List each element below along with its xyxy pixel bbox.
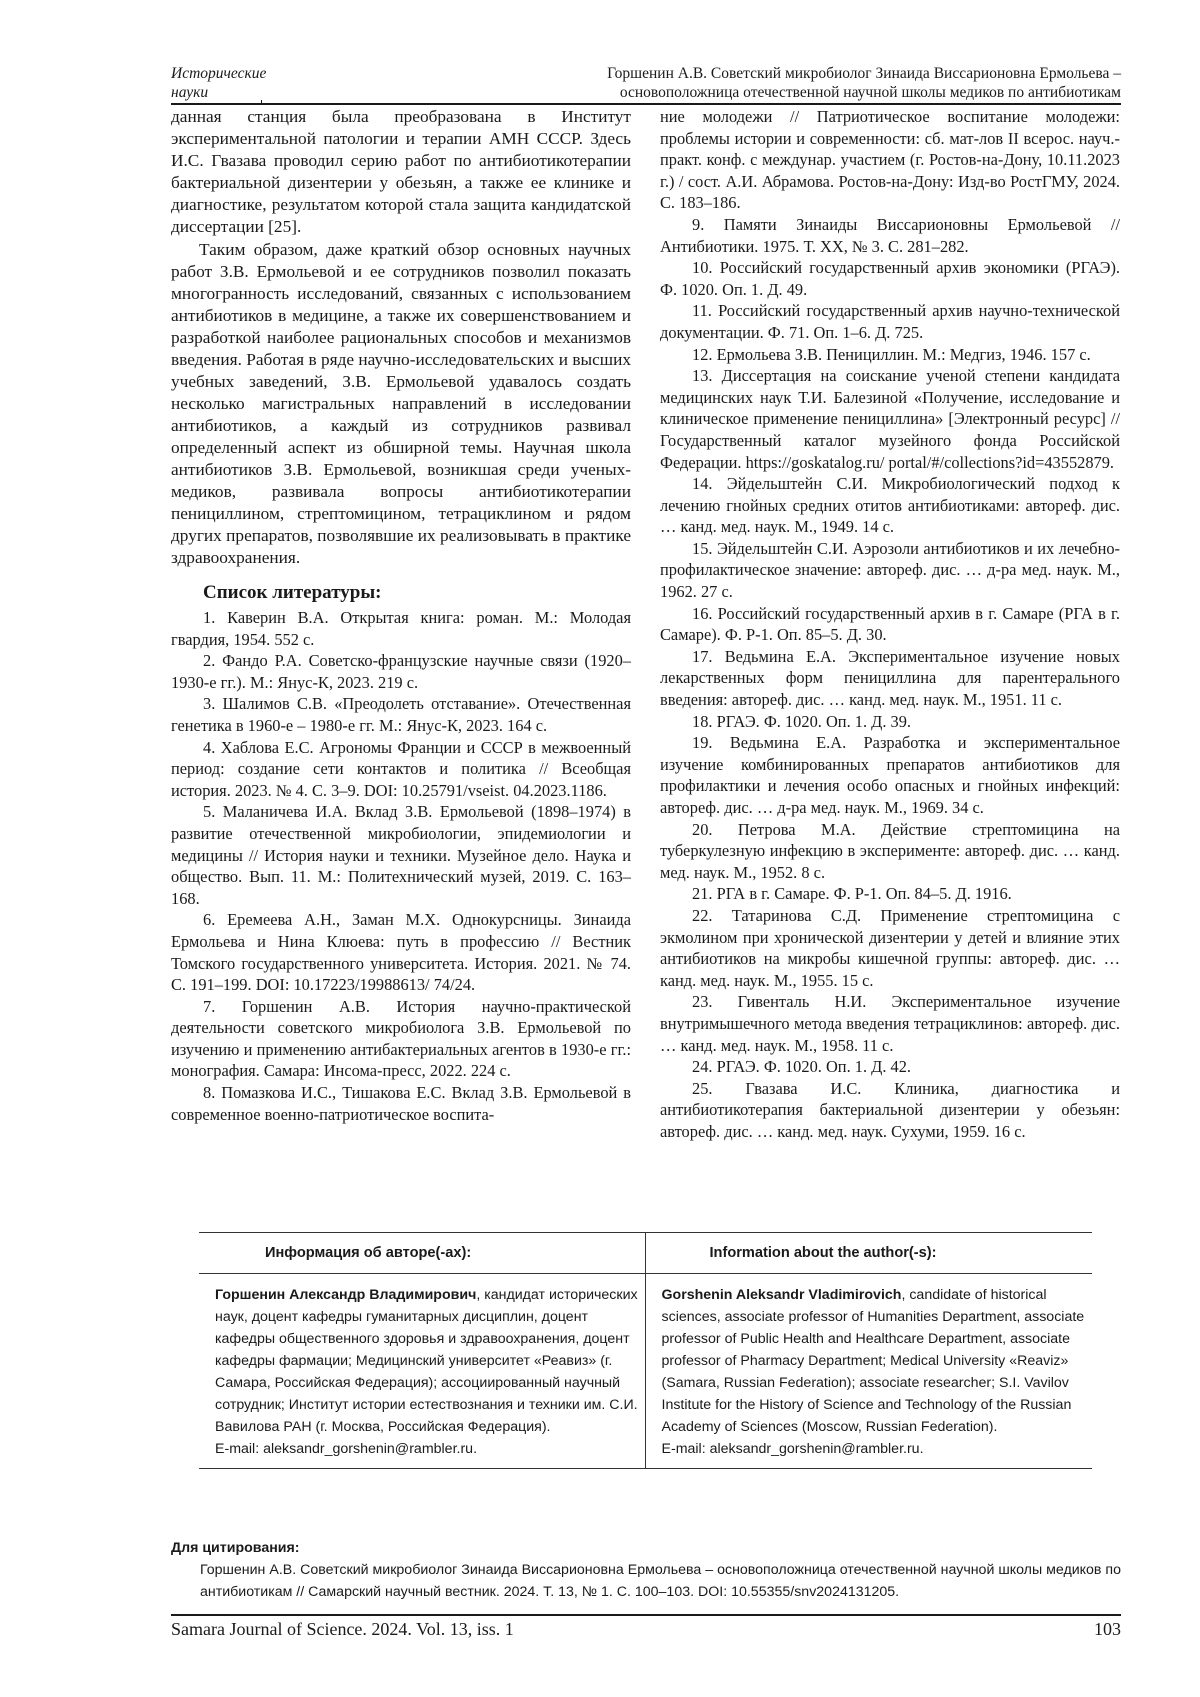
reference-item: 9. Памяти Зинаиды Виссарионовны Ермольев… [660,214,1120,257]
author-info-body-row: Горшенин Александр Владимирович, кандида… [199,1274,1092,1468]
footer-rule [171,1614,1121,1616]
right-column: ние молодежи // Патриотическое воспитани… [660,106,1120,1143]
author-info-header-row: Информация об авторе(-ах): Information a… [199,1233,1092,1274]
reference-item: 19. Ведьмина Е.А. Разработка и экспериме… [660,732,1120,818]
reference-item: 8. Помазкова И.С., Тишакова Е.С. Вклад З… [171,1082,631,1125]
reference-item-continued: ние молодежи // Патриотическое воспитани… [660,106,1120,214]
reference-item: 7. Горшенин А.В. История научно-практиче… [171,996,631,1082]
reference-item: 1. Каверин В.А. Открытая книга: роман. М… [171,607,631,650]
author-email-en[interactable]: E-mail: aleksandr_gorshenin@rambler.ru. [662,1438,1093,1460]
reference-item: 20. Петрова М.А. Действие стрептомицина … [660,819,1120,884]
section-label-line2: науки [171,83,266,102]
author-info-table: Информация об авторе(-ах): Information a… [199,1232,1092,1469]
citation-heading: Для цитирования: [171,1537,1121,1559]
author-info-en: Gorshenin Aleksandr Vladimirovich, candi… [646,1274,1093,1468]
reference-item: 15. Эйдельштейн С.И. Аэрозоли антибиотик… [660,538,1120,603]
reference-item: 10. Российский государственный архив эко… [660,257,1120,300]
reference-item: 3. Шалимов С.В. «Преодолеть отставание».… [171,693,631,736]
left-column: данная станция была преобразована в Инст… [171,106,631,1125]
page-number: 103 [1094,1619,1121,1640]
reference-item: 4. Хаблова Е.С. Агрономы Франции и СССР … [171,737,631,802]
citation-block: Для цитирования: Горшенин А.В. Советский… [171,1537,1121,1603]
running-header: Исторические науки Горшенин А.В. Советск… [171,64,1121,104]
body-paragraph: Таким образом, даже краткий обзор основн… [171,239,631,569]
citation-text: Горшенин А.В. Советский микробиолог Зина… [171,1559,1121,1603]
reference-item: 11. Российский государственный архив нау… [660,300,1120,343]
reference-item: 18. РГАЭ. Ф. 1020. Оп. 1. Д. 39. [660,711,1120,733]
author-info-heading-en: Information about the author(-s): [646,1233,1093,1273]
references-heading: Список литературы: [203,581,631,605]
reference-item: 21. РГА в г. Самаре. Ф. Р-1. Оп. 84–5. Д… [660,883,1120,905]
reference-item: 22. Татаринова С.Д. Применение стрептоми… [660,905,1120,991]
reference-item: 12. Ермольева З.В. Пенициллин. М.: Медги… [660,344,1120,366]
author-details-en: , candidate of historical sciences, asso… [662,1287,1085,1435]
article-running-title: Горшенин А.В. Советский микробиолог Зина… [481,64,1121,102]
reference-item: 23. Гивенталь Н.И. Экспериментальное изу… [660,991,1120,1056]
reference-item: 25. Гвазава И.С. Клиника, диагностика и … [660,1078,1120,1143]
reference-item: 6. Еремеева А.Н., Заман М.Х. Однокурсниц… [171,909,631,995]
author-email-ru[interactable]: E-mail: aleksandr_gorshenin@rambler.ru. [215,1438,645,1460]
author-name-en: Gorshenin Aleksandr Vladimirovich [662,1287,902,1303]
reference-item: 16. Российский государственный архив в г… [660,603,1120,646]
journal-footer: Samara Journal of Science. 2024. Vol. 13… [171,1619,514,1640]
reference-item: 14. Эйдельштейн С.И. Микробиологический … [660,473,1120,538]
author-info-ru: Горшенин Александр Владимирович, кандида… [199,1274,646,1468]
author-info-heading-ru: Информация об авторе(-ах): [199,1233,646,1273]
running-title-line2: основоположница отечественной научной шк… [481,83,1121,102]
reference-item: 24. РГАЭ. Ф. 1020. Оп. 1. Д. 42. [660,1056,1120,1078]
author-name-ru: Горшенин Александр Владимирович [215,1287,476,1303]
section-label-line1: Исторические [171,64,266,83]
header-rule [171,103,1121,105]
body-paragraph: данная станция была преобразована в Инст… [171,106,631,238]
author-bio-en: Gorshenin Aleksandr Vladimirovich, candi… [662,1284,1093,1438]
section-label: Исторические науки [171,64,266,102]
author-bio-ru: Горшенин Александр Владимирович, кандида… [215,1284,645,1438]
reference-item: 5. Маланичева И.А. Вклад З.В. Ермольевой… [171,801,631,909]
author-details-ru: , кандидат исторических наук, доцент каф… [215,1287,638,1435]
reference-item: 17. Ведьмина Е.А. Экспериментальное изуч… [660,646,1120,711]
running-title-line1: Горшенин А.В. Советский микробиолог Зина… [481,64,1121,83]
reference-item: 2. Фандо Р.А. Советско-французские научн… [171,650,631,693]
reference-item-with-link[interactable]: 13. Диссертация на соискание ученой степ… [660,365,1120,473]
